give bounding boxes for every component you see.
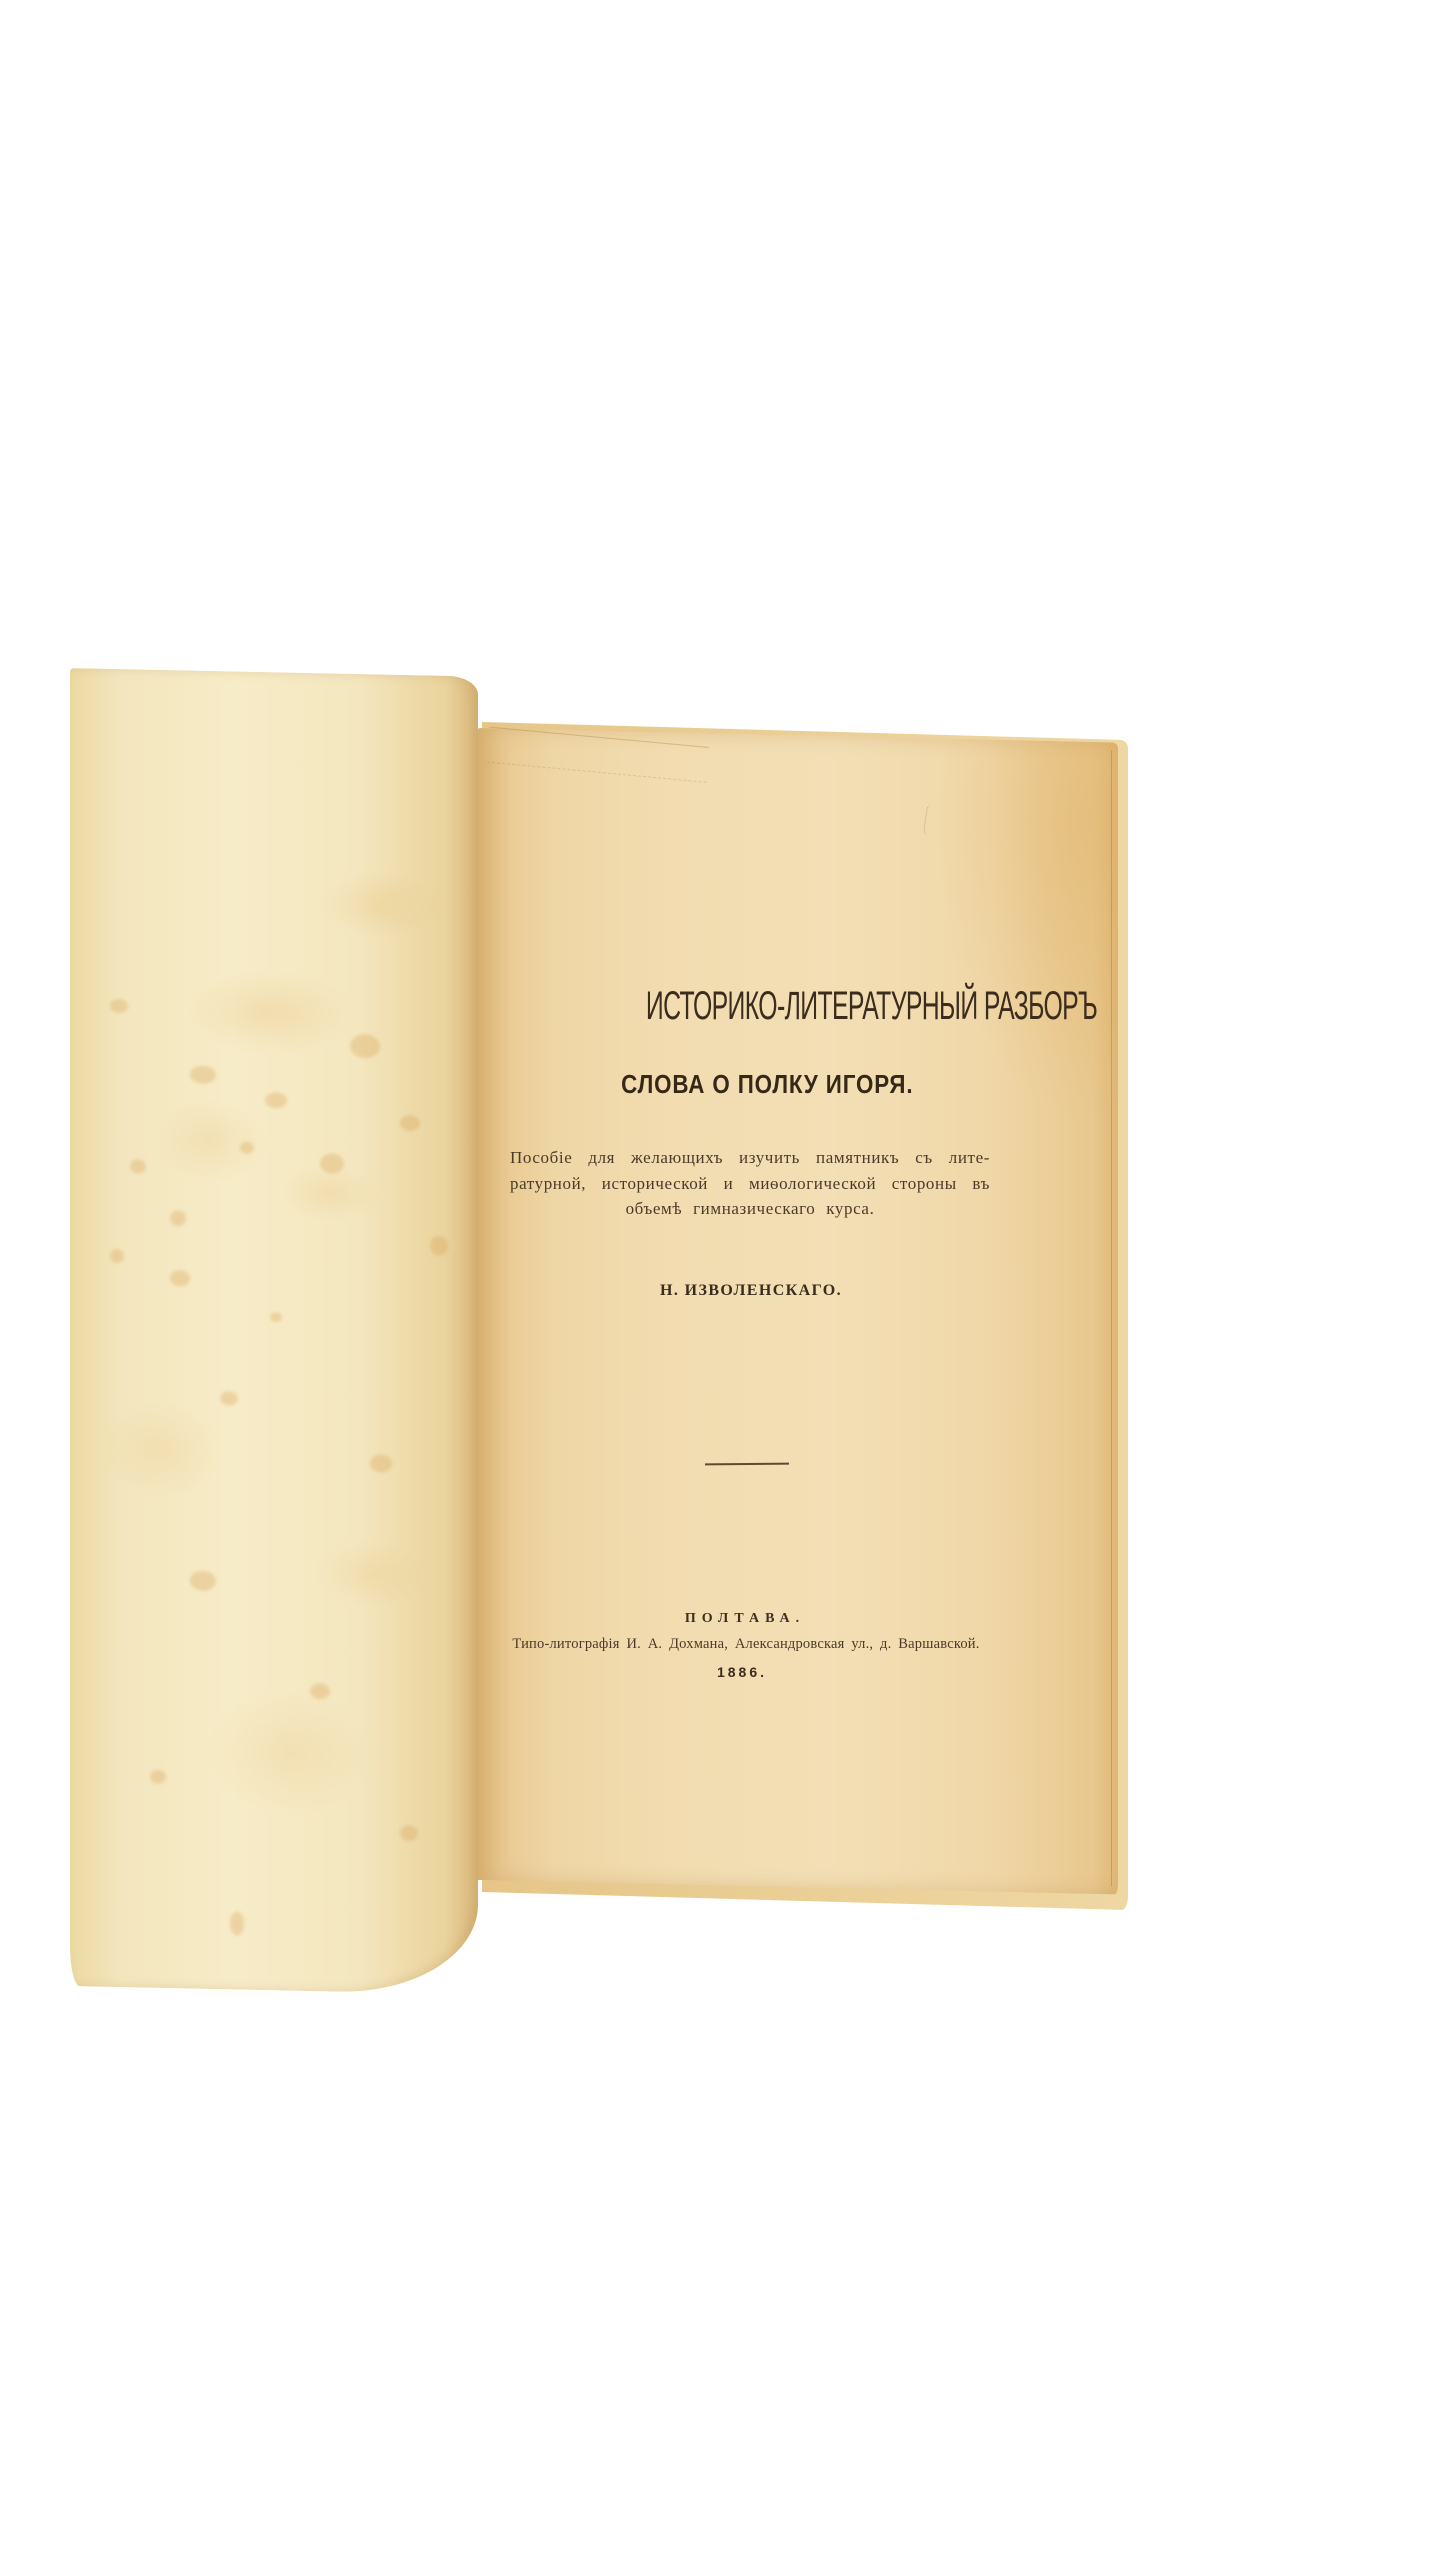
imprint-city: ПОЛТАВА. <box>660 1610 830 1628</box>
right-title-page <box>478 728 1118 1895</box>
foxing-spot <box>270 1312 282 1322</box>
book-author: Н. ИЗВОЛЕНСКАГО. <box>660 1280 842 1302</box>
foxing-spot <box>170 1270 190 1286</box>
foxing-spot <box>400 1115 420 1131</box>
left-blank-page <box>70 668 478 1995</box>
book-title: ИСТОРИКО-ЛИТЕРАТУРНЫЙ РАЗБОРЪ <box>646 984 926 1028</box>
page-edge-line <box>1111 750 1112 1886</box>
foxing-spot <box>190 1066 216 1085</box>
foxing-spot <box>130 1159 146 1173</box>
foxing-spot <box>370 1454 392 1472</box>
imprint-year: 1886. <box>700 1662 784 1682</box>
foxing-spot <box>350 1034 380 1059</box>
description-line-1: Пособіе для желающихъ изучить памятникъ … <box>510 1145 990 1171</box>
foxing-spot <box>170 1210 186 1226</box>
foxing-spot <box>230 1911 244 1935</box>
paper-tear-mark <box>487 727 709 783</box>
book-subtitle: СЛОВА О ПОЛКУ ИГОРЯ. <box>621 1068 881 1100</box>
foxing-spot <box>310 1683 330 1699</box>
foxing-spot <box>400 1825 418 1841</box>
foxing-spot <box>240 1142 254 1154</box>
description-line-3: объемѣ гимназическаго курса. <box>510 1196 990 1222</box>
foxing-spot <box>110 1249 124 1263</box>
foxing-spot <box>320 1153 344 1174</box>
description-line-2: ратурной, исторической и миѳологической … <box>510 1171 990 1197</box>
foxing-spot <box>110 999 128 1013</box>
book-description: Пособіе для желающихъ изучить памятникъ … <box>510 1145 990 1222</box>
foxing-spot <box>430 1236 448 1256</box>
foxing-spot <box>150 1770 166 1784</box>
foxing-spot <box>220 1391 238 1405</box>
foxing-spot <box>265 1092 287 1108</box>
foxing-spot <box>190 1571 216 1592</box>
imprint-printer: Типо-литографія И. А. Дохмана, Александр… <box>500 1634 992 1654</box>
